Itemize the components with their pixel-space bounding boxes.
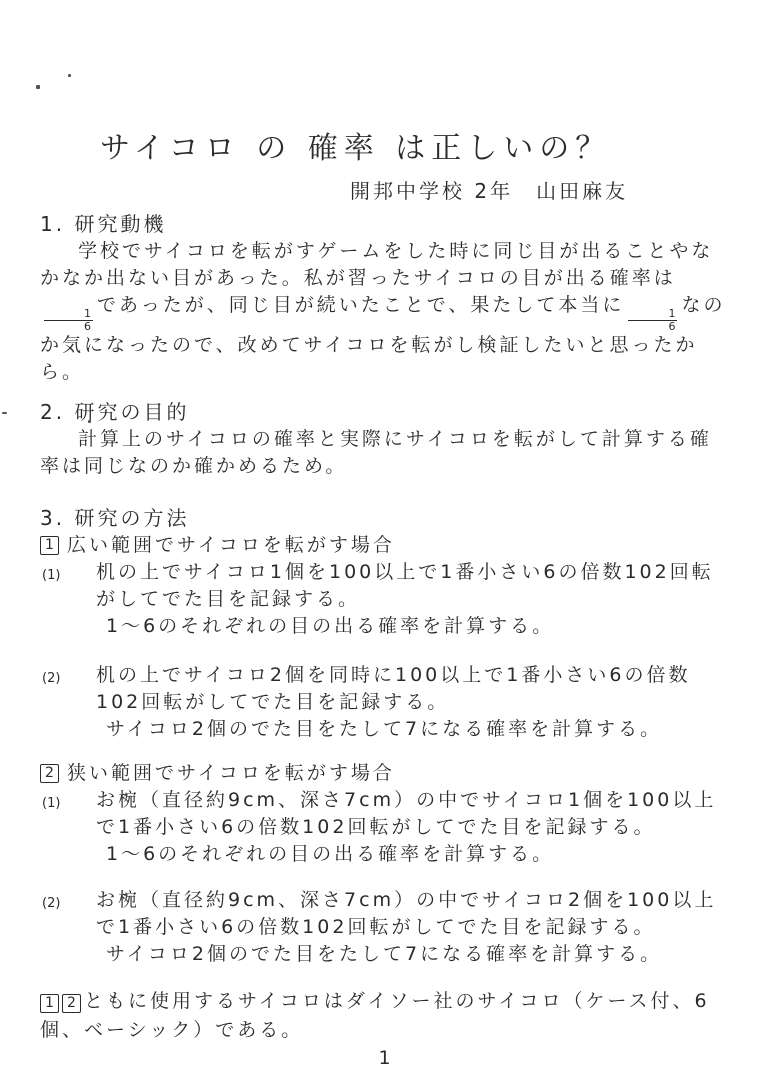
method-case2-item1-sub: 1～6のそれぞれの目の出る確率を計算する。 [40, 841, 729, 868]
method-case1-item2-sub: サイコロ2個のでた目をたして7になる確率を計算する。 [40, 716, 729, 743]
section-method-heading: 3. 研究の方法 [40, 505, 729, 532]
item-text: お椀（直径約9cm、深さ7cm）の中でサイコロ2個を100以上で1番小さい6の倍… [96, 889, 716, 938]
item-text: 机の上でサイコロ2個を同時に100以上で1番小さい6の倍数102回転がしてでた目… [96, 664, 690, 713]
scan-artifact-dot [2, 412, 7, 414]
fraction-numerator: 1 [630, 308, 675, 320]
method-case2-item1: (1) お椀（直径約9cm、深さ7cm）の中でサイコロ1個を100以上で1番小さ… [40, 787, 729, 841]
section-purpose-paragraph: 計算上のサイコロの確率と実際にサイコロを転がして計算する確率は同じなのか確かめる… [40, 426, 729, 480]
note-text: ともに使用するサイコロはダイソー社のサイコロ（ケース付、6個、ベーシック）である… [40, 990, 710, 1041]
boxed-number-2: 2 [40, 764, 59, 783]
section-purpose-heading: 2. 研究の目的 [40, 399, 729, 426]
motivation-text-2: であったが、同じ目が続いたことで、果たして本当に [97, 294, 624, 316]
section-motivation-paragraph: 学校でサイコロを転がすゲームをした時に同じ目が出ることやなかなか出ない目があった… [40, 238, 729, 386]
scan-artifact-dot [36, 85, 40, 89]
method-case1-heading: 広い範囲でサイコロを転がす場合 [67, 532, 395, 559]
scan-artifact-dot [68, 74, 71, 77]
motivation-text-1: 学校でサイコロを転がすゲームをした時に同じ目が出ることやなかなか出ない目があった… [40, 240, 713, 289]
method-case1-item1-sub: 1～6のそれぞれの目の出る確率を計算する。 [40, 613, 729, 640]
method-case2-item2-sub: サイコロ2個のでた目をたして7になる確率を計算する。 [40, 941, 729, 968]
item-text: 机の上でサイコロ1個を100以上で1番小さい6の倍数102回転がしてでた目を記録… [96, 561, 714, 610]
item-label: (1) [42, 790, 60, 817]
method-case2-item2: (2) お椀（直径約9cm、深さ7cm）の中でサイコロ2個を100以上で1番小さ… [40, 887, 729, 941]
method-dice-note: 12ともに使用するサイコロはダイソー社のサイコロ（ケース付、6個、ベーシック）で… [40, 987, 729, 1045]
method-case2-heading-row: 2 狭い範囲でサイコロを転がす場合 [40, 760, 729, 787]
section-motivation-heading: 1. 研究動機 [40, 211, 729, 238]
method-case1-item1: (1) 机の上でサイコロ1個を100以上で1番小さい6の倍数102回転がしてでた… [40, 559, 729, 613]
method-case2-heading: 狭い範囲でサイコロを転がす場合 [67, 760, 395, 787]
fraction-numerator: 1 [46, 308, 91, 320]
fraction-one-sixth: 16 [44, 308, 93, 332]
boxed-number-1: 1 [40, 536, 59, 555]
boxed-number-1: 1 [40, 994, 59, 1013]
item-text: お椀（直径約9cm、深さ7cm）の中でサイコロ1個を100以上で1番小さい6の倍… [96, 789, 716, 838]
page-number: 1 [40, 1045, 729, 1072]
fraction-denominator: 6 [628, 320, 677, 333]
fraction-one-sixth: 16 [628, 308, 677, 332]
item-label: (1) [42, 562, 60, 589]
boxed-number-2: 2 [62, 994, 81, 1013]
method-case1-item2: (2) 机の上でサイコロ2個を同時に100以上で1番小さい6の倍数102回転がし… [40, 662, 729, 716]
item-label: (2) [42, 890, 60, 917]
scan-artifact-dot [88, 420, 91, 423]
fraction-denominator: 6 [44, 320, 93, 333]
document-title: サイコロ の 確率 は正しいの？ [100, 128, 729, 170]
method-case1-heading-row: 1 広い範囲でサイコロを転がす場合 [40, 532, 729, 559]
item-label: (2) [42, 665, 60, 692]
scanned-document-page: サイコロ の 確率 は正しいの？ 開邦中学校 2年 山田麻友 1. 研究動機 学… [0, 0, 763, 1080]
author-byline: 開邦中学校 2年 山田麻友 [350, 178, 729, 205]
